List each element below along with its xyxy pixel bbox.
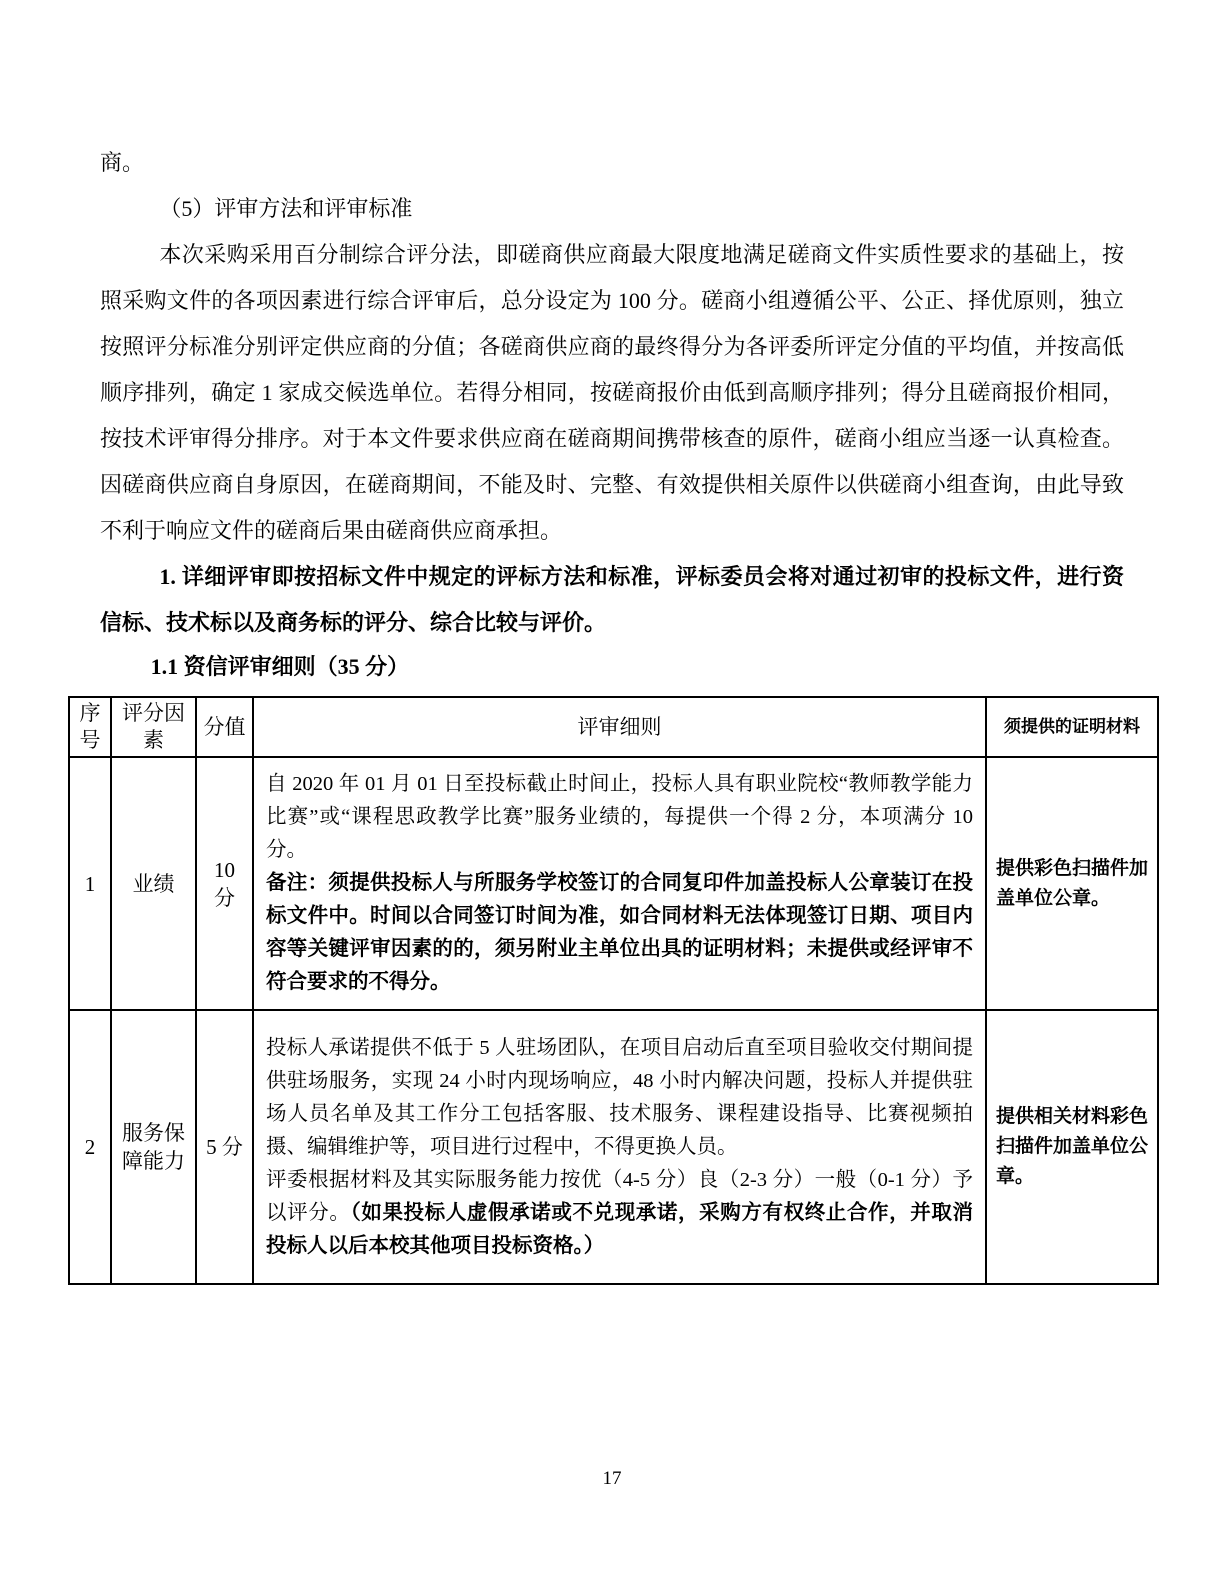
header-criteria: 评审细则 [253, 697, 986, 757]
row2-criteria: 投标人承诺提供不低于 5 人驻场团队，在项目启动后直至项目验收交付期间提供驻场服… [253, 1010, 986, 1284]
row1-criteria: 自 2020 年 01 月 01 日至投标截止时间止，投标人具有职业院校“教师教… [253, 757, 986, 1010]
credit-evaluation-table: 序号 评分因素 分值 评审细则 须提供的证明材料 1 业绩 10 分 自 202… [68, 696, 1159, 1285]
carryover-text: 商。 [100, 140, 1124, 186]
header-seq: 序号 [69, 697, 111, 757]
evaluation-method-paragraph: 本次采购采用百分制综合评分法，即磋商供应商最大限度地满足磋商文件实质性要求的基础… [100, 232, 1124, 554]
header-score: 分值 [196, 697, 253, 757]
row2-seq: 2 [69, 1010, 111, 1284]
row2-criteria-para2: 评委根据材料及其实际服务能力按优（4-5 分）良（2-3 分）一般（0-1 分）… [266, 1164, 973, 1263]
header-materials: 须提供的证明材料 [986, 697, 1158, 757]
item5-heading: （5）评审方法和评审标准 [100, 186, 1124, 232]
table-header-row: 序号 评分因素 分值 评审细则 须提供的证明材料 [69, 697, 1158, 757]
document-page: 商。 （5）评审方法和评审标准 本次采购采用百分制综合评分法，即磋商供应商最大限… [0, 0, 1224, 1584]
row1-factor: 业绩 [111, 757, 196, 1010]
document-content: 商。 （5）评审方法和评审标准 本次采购采用百分制综合评分法，即磋商供应商最大限… [100, 140, 1124, 1285]
row1-materials: 提供彩色扫描件加盖单位公章。 [986, 757, 1158, 1010]
row1-criteria-normal: 自 2020 年 01 月 01 日至投标截止时间止，投标人具有职业院校“教师教… [266, 768, 973, 867]
row2-score: 5 分 [196, 1010, 253, 1284]
row2-criteria-para2-bold: （如果投标人虚假承诺或不兑现承诺，采购方有权终止合作，并取消投标人以后本校其他项… [266, 1202, 973, 1257]
row1-criteria-note: 备注：须提供投标人与所服务学校签订的合同复印件加盖投标人公章装订在投标文件中。时… [266, 867, 973, 999]
table-row: 2 服务保障能力 5 分 投标人承诺提供不低于 5 人驻场团队，在项目启动后直至… [69, 1010, 1158, 1284]
section-1-1-heading: 1.1 资信评审细则（35 分） [100, 646, 1124, 688]
row1-score: 10 分 [196, 757, 253, 1010]
row2-criteria-para1: 投标人承诺提供不低于 5 人驻场团队，在项目启动后直至项目验收交付期间提供驻场服… [266, 1032, 973, 1164]
table-row: 1 业绩 10 分 自 2020 年 01 月 01 日至投标截止时间止，投标人… [69, 757, 1158, 1010]
detailed-review-clause: 1. 详细评审即按招标文件中规定的评标方法和标准，评标委员会将对通过初审的投标文… [100, 554, 1124, 646]
header-factor: 评分因素 [111, 697, 196, 757]
page-number: 17 [0, 1468, 1224, 1490]
row2-factor: 服务保障能力 [111, 1010, 196, 1284]
row1-seq: 1 [69, 757, 111, 1010]
row2-materials: 提供相关材料彩色扫描件加盖单位公章。 [986, 1010, 1158, 1284]
